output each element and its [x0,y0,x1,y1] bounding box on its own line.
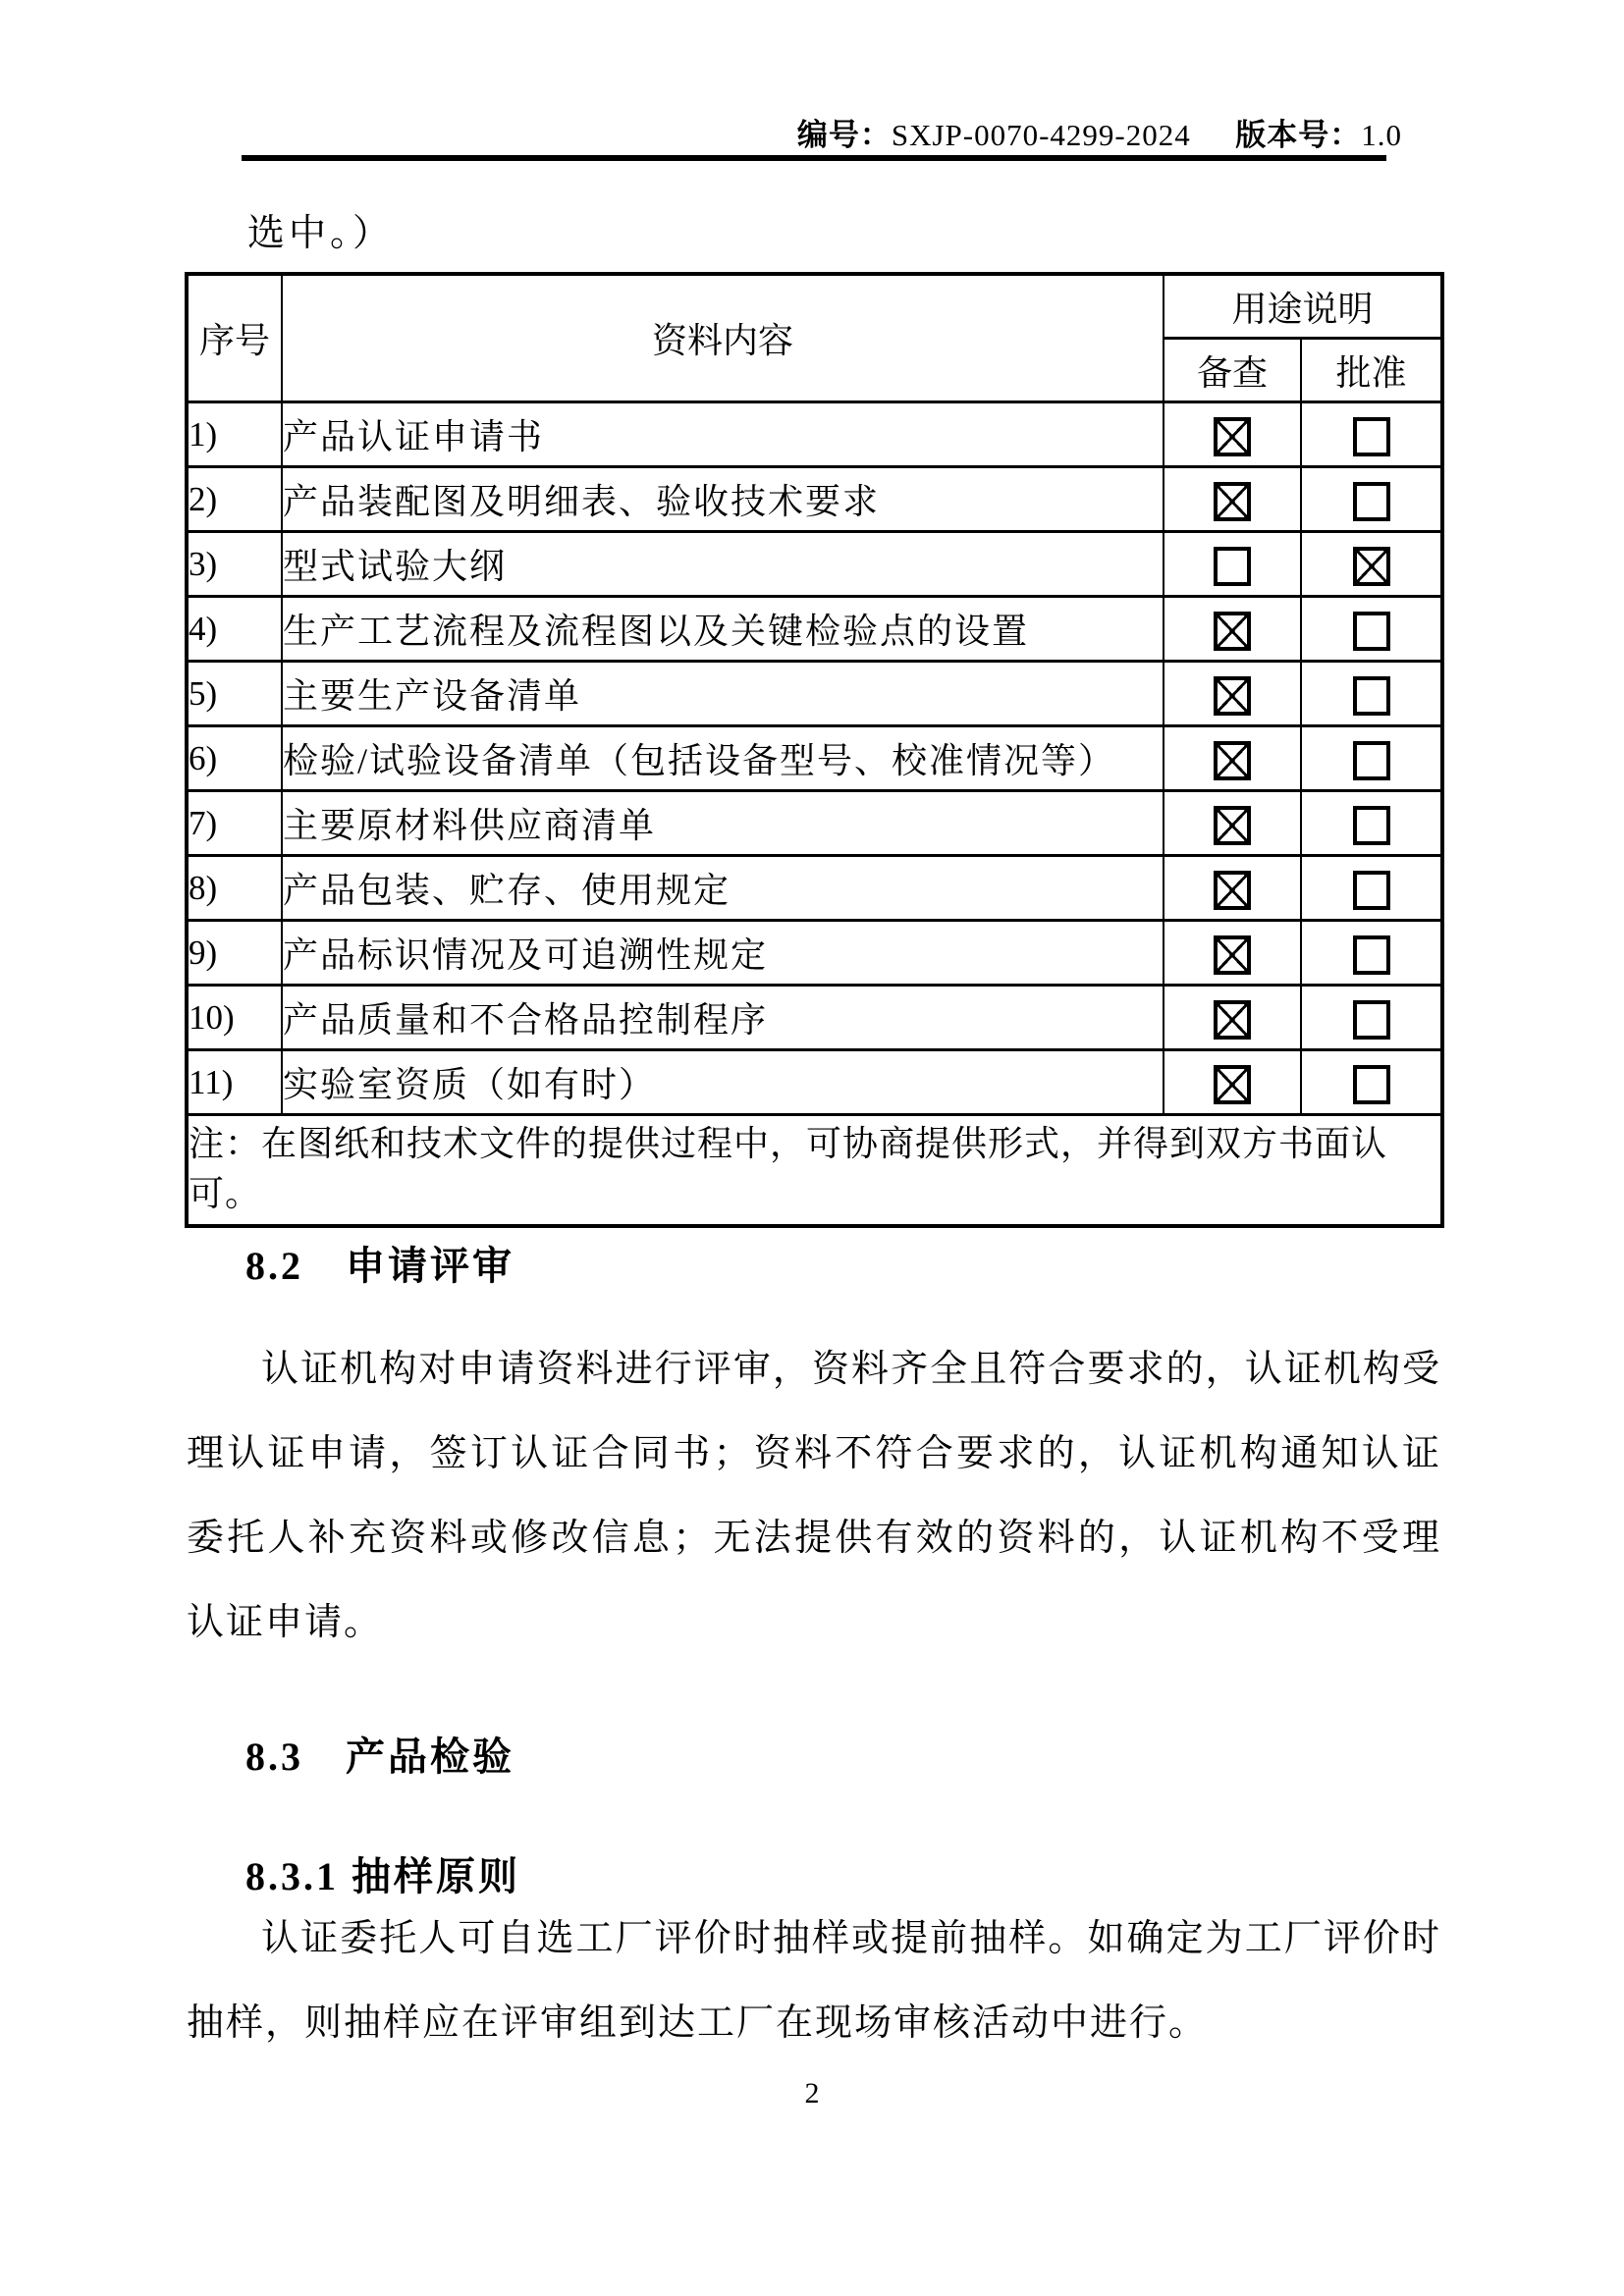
pizhun-checkbox [1353,547,1390,586]
heading-8-3-1: 8.3.1 抽样原则 [245,1845,520,1901]
pizhun-cell [1301,856,1442,921]
pizhun-checkbox [1353,1065,1390,1104]
row-index: 2) [187,467,282,532]
table-row: 4) 生产工艺流程及流程图以及关键检验点的设置 [187,597,1442,662]
note-row: 注：在图纸和技术文件的提供过程中，可协商提供形式，并得到双方书面认可。 [187,1115,1442,1227]
beicha-checkbox [1214,1065,1251,1104]
table-row: 11) 实验室资质（如有时） [187,1050,1442,1115]
col-header-content: 资料内容 [282,274,1164,402]
row-content: 主要生产设备清单 [282,662,1164,726]
beicha-cell [1164,726,1301,791]
table-row: 8) 产品包装、贮存、使用规定 [187,856,1442,921]
beicha-checkbox [1214,547,1251,586]
beicha-checkbox [1214,741,1251,780]
beicha-checkbox [1214,871,1251,910]
materials-table: 序号 资料内容 用途说明 备查 批准 1) 产品认证申请书 2) 产品装配图及明… [185,272,1444,1228]
row-content: 检验/试验设备清单（包括设备型号、校准情况等） [282,726,1164,791]
pizhun-checkbox [1353,612,1390,651]
row-index: 3) [187,532,282,597]
beicha-cell [1164,662,1301,726]
beicha-checkbox [1214,612,1251,651]
table-row: 3) 型式试验大纲 [187,532,1442,597]
pizhun-cell [1301,467,1442,532]
beicha-checkbox [1214,935,1251,975]
beicha-checkbox [1214,806,1251,845]
row-content: 产品质量和不合格品控制程序 [282,986,1164,1050]
document-header: 编号：SXJP-0070-4299-2024 版本号：1.0 [797,110,1402,154]
col-header-index: 序号 [187,274,282,402]
heading-8-3: 8.3 产品检验 [245,1726,514,1782]
pizhun-checkbox [1353,741,1390,780]
table-row: 5) 主要生产设备清单 [187,662,1442,726]
heading-8-2: 8.2 申请评审 [245,1235,514,1291]
pizhun-cell [1301,986,1442,1050]
row-content: 产品包装、贮存、使用规定 [282,856,1164,921]
row-index: 1) [187,402,282,467]
row-content: 型式试验大纲 [282,532,1164,597]
table-row: 9) 产品标识情况及可追溯性规定 [187,921,1442,986]
table-header-row-1: 序号 资料内容 用途说明 [187,274,1442,339]
pizhun-checkbox [1353,676,1390,716]
row-index: 10) [187,986,282,1050]
pizhun-cell [1301,402,1442,467]
beicha-cell [1164,532,1301,597]
beicha-checkbox [1214,417,1251,456]
header-divider-rule [242,155,1386,161]
paragraph-8-2: 认证机构对申请资料进行评审，资料齐全且符合要求的，认证机构受理认证申请，签订认证… [187,1327,1441,1665]
col-header-pizhun: 批准 [1301,339,1442,402]
table-row: 10) 产品质量和不合格品控制程序 [187,986,1442,1050]
pizhun-checkbox [1353,1000,1390,1040]
doc-version-label: 版本号： [1235,118,1361,152]
paragraph-8-3-1: 认证委托人可自选工厂评价时抽样或提前抽样。如确定为工厂评价时抽样，则抽样应在评审… [187,1896,1441,2065]
beicha-checkbox [1214,482,1251,521]
pizhun-checkbox [1353,806,1390,845]
pizhun-cell [1301,1050,1442,1115]
doc-number-label: 编号： [797,118,892,152]
table-row: 7) 主要原材料供应商清单 [187,791,1442,856]
beicha-cell [1164,986,1301,1050]
carryover-text: 选中。） [247,202,394,256]
row-content: 产品装配图及明细表、验收技术要求 [282,467,1164,532]
beicha-cell [1164,791,1301,856]
row-content: 实验室资质（如有时） [282,1050,1164,1115]
page-number: 2 [0,2077,1624,2110]
col-header-usage: 用途说明 [1164,274,1442,339]
pizhun-checkbox [1353,935,1390,975]
beicha-cell [1164,597,1301,662]
beicha-cell [1164,402,1301,467]
beicha-cell [1164,467,1301,532]
col-header-beicha: 备查 [1164,339,1301,402]
pizhun-cell [1301,726,1442,791]
doc-table-foot: 注：在图纸和技术文件的提供过程中，可协商提供形式，并得到双方书面认可。 [187,1115,1442,1227]
doc-version-value: 1.0 [1361,118,1402,152]
row-index: 5) [187,662,282,726]
row-index: 8) [187,856,282,921]
pizhun-checkbox [1353,482,1390,521]
row-content: 产品标识情况及可追溯性规定 [282,921,1164,986]
row-content: 生产工艺流程及流程图以及关键检验点的设置 [282,597,1164,662]
document-page: 编号：SXJP-0070-4299-2024 版本号：1.0 选中。） 序号 资… [0,0,1624,2296]
table-row: 6) 检验/试验设备清单（包括设备型号、校准情况等） [187,726,1442,791]
beicha-checkbox [1214,676,1251,716]
table-row: 1) 产品认证申请书 [187,402,1442,467]
row-index: 6) [187,726,282,791]
pizhun-cell [1301,791,1442,856]
pizhun-checkbox [1353,871,1390,910]
pizhun-cell [1301,532,1442,597]
beicha-cell [1164,856,1301,921]
row-index: 11) [187,1050,282,1115]
pizhun-checkbox [1353,417,1390,456]
pizhun-cell [1301,662,1442,726]
beicha-cell [1164,921,1301,986]
table-row: 2) 产品装配图及明细表、验收技术要求 [187,467,1442,532]
doc-table-head-body: 序号 资料内容 用途说明 备查 批准 [187,274,1442,402]
row-index: 4) [187,597,282,662]
pizhun-cell [1301,921,1442,986]
pizhun-cell [1301,597,1442,662]
doc-table-body: 1) 产品认证申请书 2) 产品装配图及明细表、验收技术要求 3) 型式试验大纲… [187,402,1442,1115]
beicha-checkbox [1214,1000,1251,1040]
row-index: 7) [187,791,282,856]
beicha-cell [1164,1050,1301,1115]
row-content: 主要原材料供应商清单 [282,791,1164,856]
table-note: 注：在图纸和技术文件的提供过程中，可协商提供形式，并得到双方书面认可。 [187,1115,1442,1227]
row-content: 产品认证申请书 [282,402,1164,467]
doc-number-value: SXJP-0070-4299-2024 [892,118,1191,152]
row-index: 9) [187,921,282,986]
